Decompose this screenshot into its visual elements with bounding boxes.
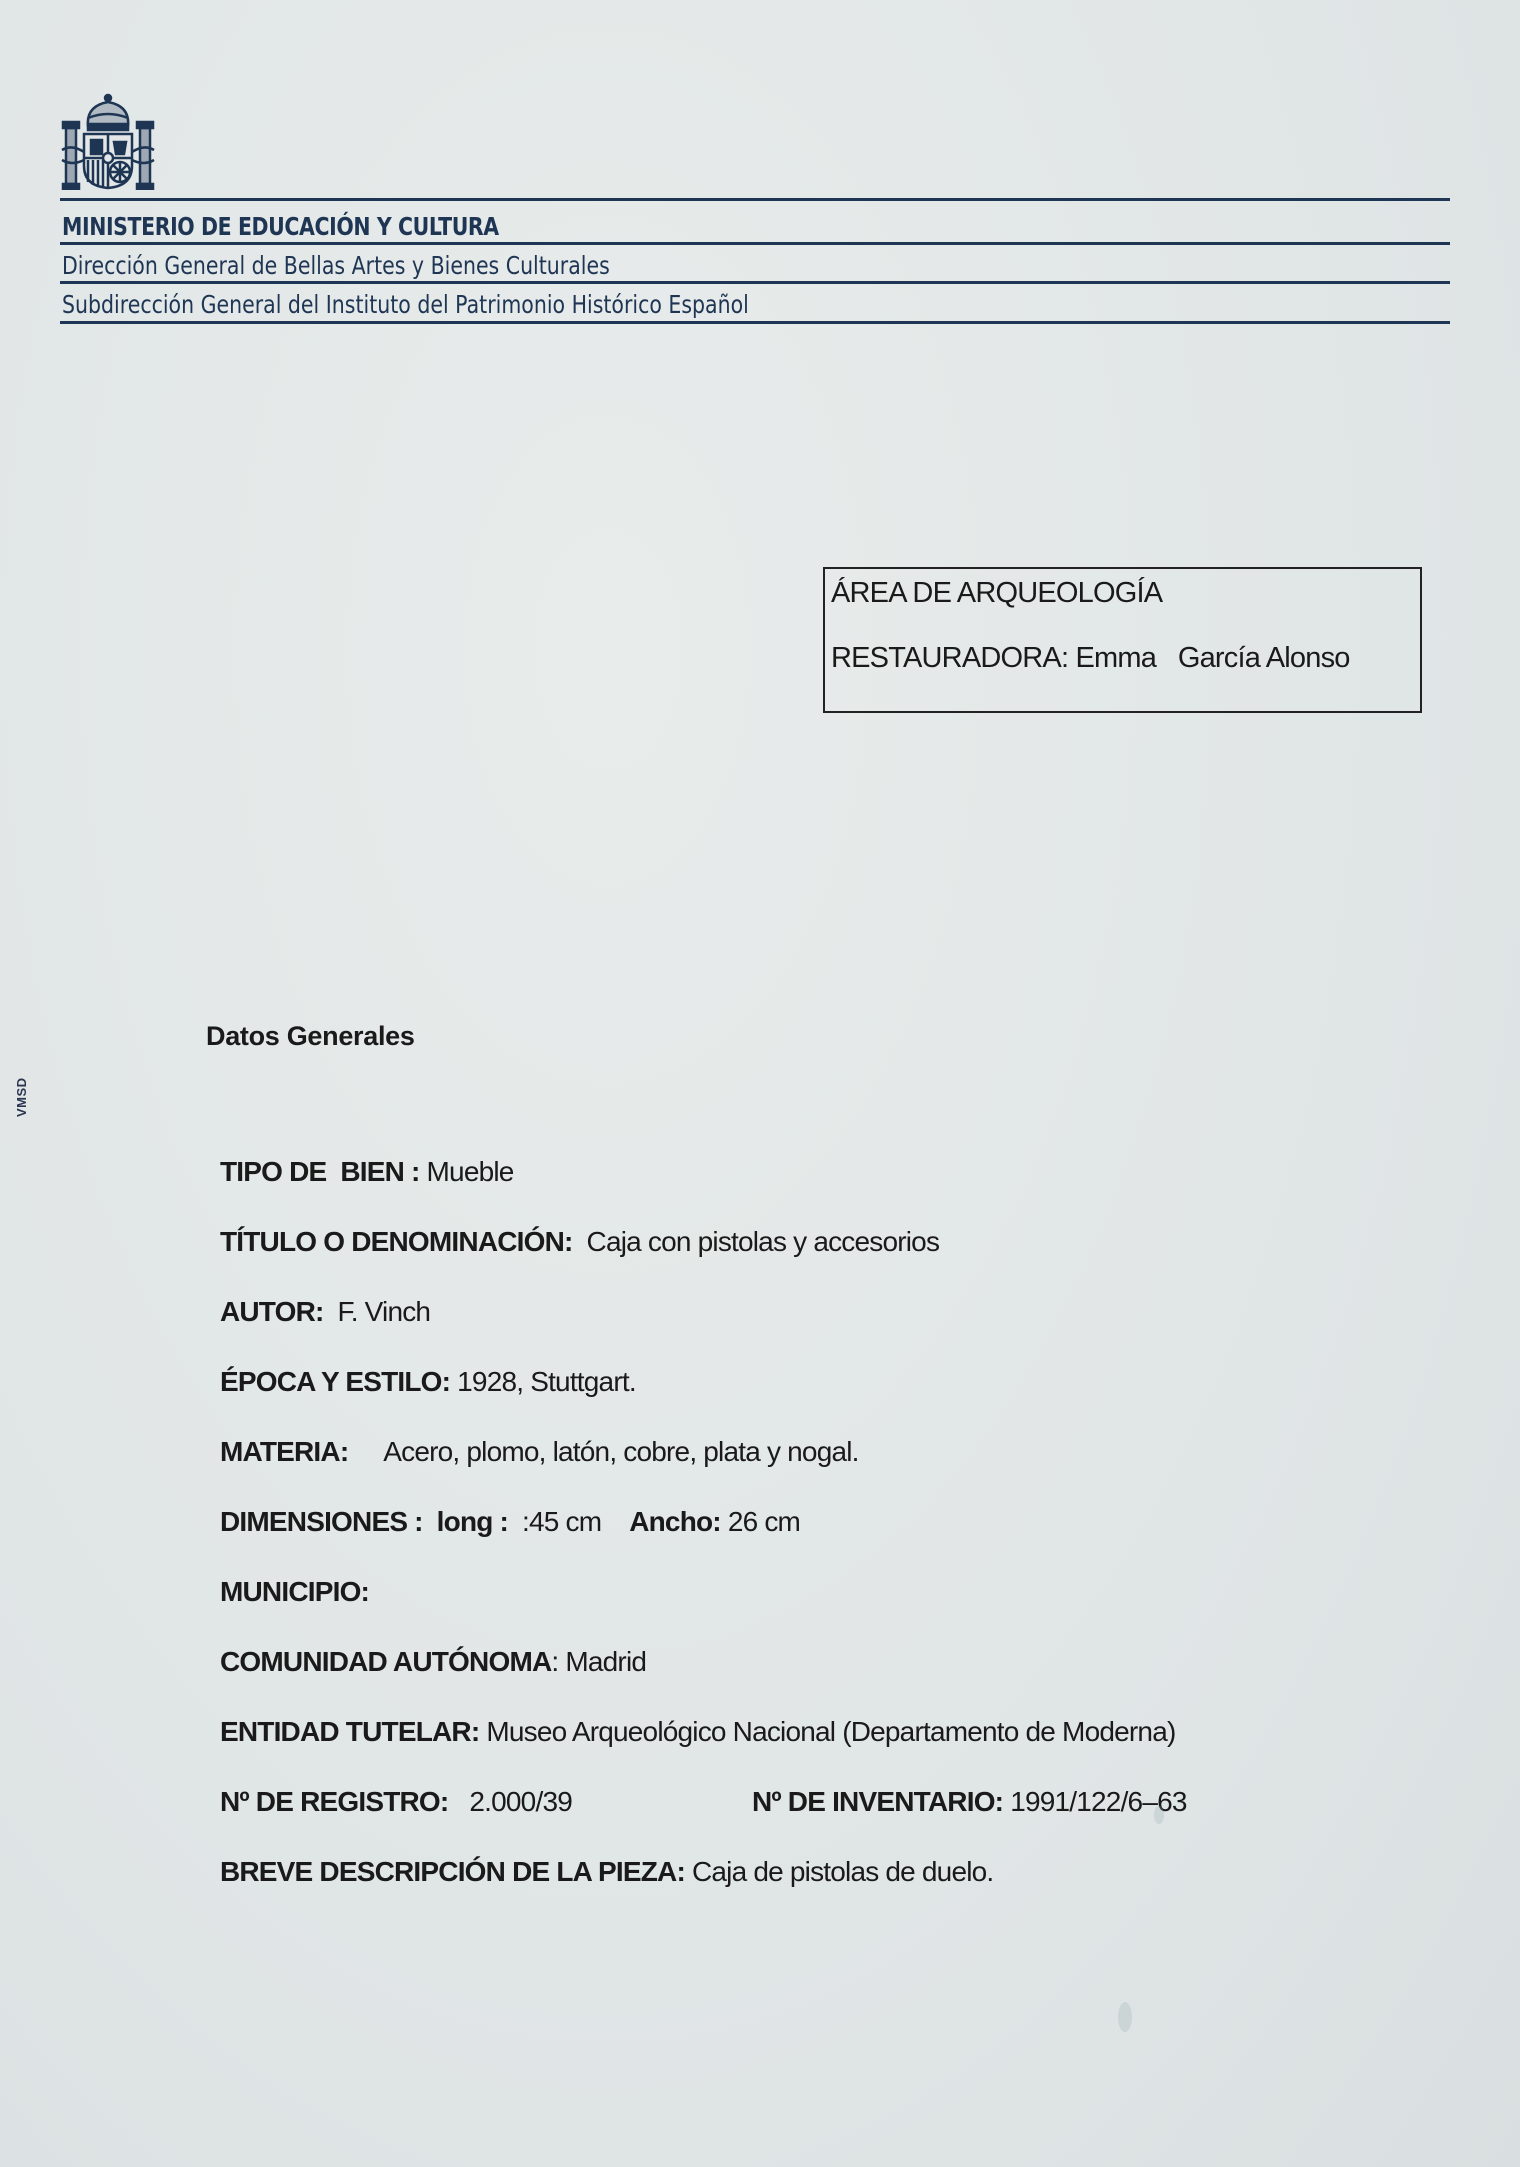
field-comunidad: COMUNIDAD AUTÓNOMA: Madrid bbox=[206, 1614, 646, 1678]
header-rule-bottom bbox=[60, 321, 1450, 324]
field-label: AUTOR: bbox=[220, 1296, 324, 1327]
field-titulo: TÍTULO O DENOMINACIÓN: Caja con pistolas… bbox=[206, 1194, 939, 1258]
field-label: Nº DE REGISTRO: bbox=[220, 1786, 448, 1817]
ancho-value: 26 cm bbox=[728, 1506, 800, 1537]
field-label: ENTIDAD TUTELAR: bbox=[220, 1716, 479, 1747]
field-inventario: Nº DE INVENTARIO: 1991/122/6–63 bbox=[738, 1754, 1187, 1818]
long-value: :45 cm bbox=[522, 1506, 601, 1537]
restorer-line: RESTAURADORA: Emma García Alonso bbox=[831, 642, 1350, 675]
field-value: Mueble bbox=[427, 1156, 514, 1187]
header-rule-1 bbox=[60, 242, 1450, 245]
field-label: MUNICIPIO: bbox=[220, 1576, 369, 1607]
field-autor: AUTOR: F. Vinch bbox=[206, 1264, 430, 1328]
spanish-coat-of-arms-icon bbox=[58, 88, 158, 190]
field-label: Nº DE INVENTARIO: bbox=[752, 1786, 1003, 1817]
field-value: 2.000/39 bbox=[469, 1786, 572, 1817]
field-registro: Nº DE REGISTRO: 2.000/39 bbox=[206, 1754, 572, 1818]
field-dimensiones: DIMENSIONES : long : :45 cm Ancho: 26 cm bbox=[206, 1474, 800, 1538]
field-label: TÍTULO O DENOMINACIÓN: bbox=[220, 1226, 573, 1257]
ministry-name: MINISTERIO DE EDUCACIÓN Y CULTURA bbox=[62, 212, 499, 241]
header-rule-top bbox=[60, 198, 1450, 201]
long-label: long : bbox=[437, 1506, 508, 1537]
directorate-name: Dirección General de Bellas Artes y Bien… bbox=[62, 251, 610, 280]
field-label: COMUNIDAD AUTÓNOMA bbox=[220, 1646, 551, 1677]
ancho-label: Ancho: bbox=[629, 1506, 721, 1537]
paper-stain bbox=[1118, 2002, 1132, 2032]
field-descripcion: BREVE DESCRIPCIÓN DE LA PIEZA: Caja de p… bbox=[206, 1824, 993, 1888]
field-value: Acero, plomo, latón, cobre, plata y noga… bbox=[383, 1436, 858, 1467]
restorer-name: Emma García Alonso bbox=[1075, 642, 1349, 674]
field-label: MATERIA: bbox=[220, 1436, 348, 1467]
header-rule-2 bbox=[60, 281, 1450, 284]
section-title: Datos Generales bbox=[206, 1021, 415, 1052]
area-box: ÁREA DE ARQUEOLOGÍA RESTAURADORA: Emma G… bbox=[823, 567, 1422, 713]
field-separator: : bbox=[551, 1646, 558, 1677]
field-value: F. Vinch bbox=[338, 1296, 431, 1327]
side-code: VMSD bbox=[14, 1077, 29, 1117]
field-value: Museo Arqueológico Nacional (Departament… bbox=[486, 1716, 1175, 1747]
field-value: Caja de pistolas de duelo. bbox=[692, 1856, 993, 1887]
field-label: TIPO DE BIEN : bbox=[220, 1156, 420, 1187]
paper-stain bbox=[1154, 1806, 1164, 1824]
field-label: BREVE DESCRIPCIÓN DE LA PIEZA: bbox=[220, 1856, 685, 1887]
field-entidad: ENTIDAD TUTELAR: Museo Arqueológico Naci… bbox=[206, 1684, 1176, 1748]
field-materia: MATERIA: Acero, plomo, latón, cobre, pla… bbox=[206, 1404, 859, 1468]
field-municipio: MUNICIPIO: bbox=[206, 1544, 369, 1608]
field-epoca: ÉPOCA Y ESTILO: 1928, Stuttgart. bbox=[206, 1334, 636, 1398]
field-tipo: TIPO DE BIEN : Mueble bbox=[206, 1124, 514, 1188]
field-value: Madrid bbox=[565, 1646, 646, 1677]
restorer-label: RESTAURADORA: bbox=[831, 642, 1068, 674]
subdirectorate-name: Subdirección General del Instituto del P… bbox=[62, 290, 749, 319]
field-value: 1928, Stuttgart. bbox=[457, 1366, 636, 1397]
field-label: DIMENSIONES : bbox=[220, 1506, 423, 1537]
area-title: ÁREA DE ARQUEOLOGÍA bbox=[831, 577, 1162, 610]
field-value: Caja con pistolas y accesorios bbox=[587, 1226, 940, 1257]
field-label: ÉPOCA Y ESTILO: bbox=[220, 1366, 450, 1397]
